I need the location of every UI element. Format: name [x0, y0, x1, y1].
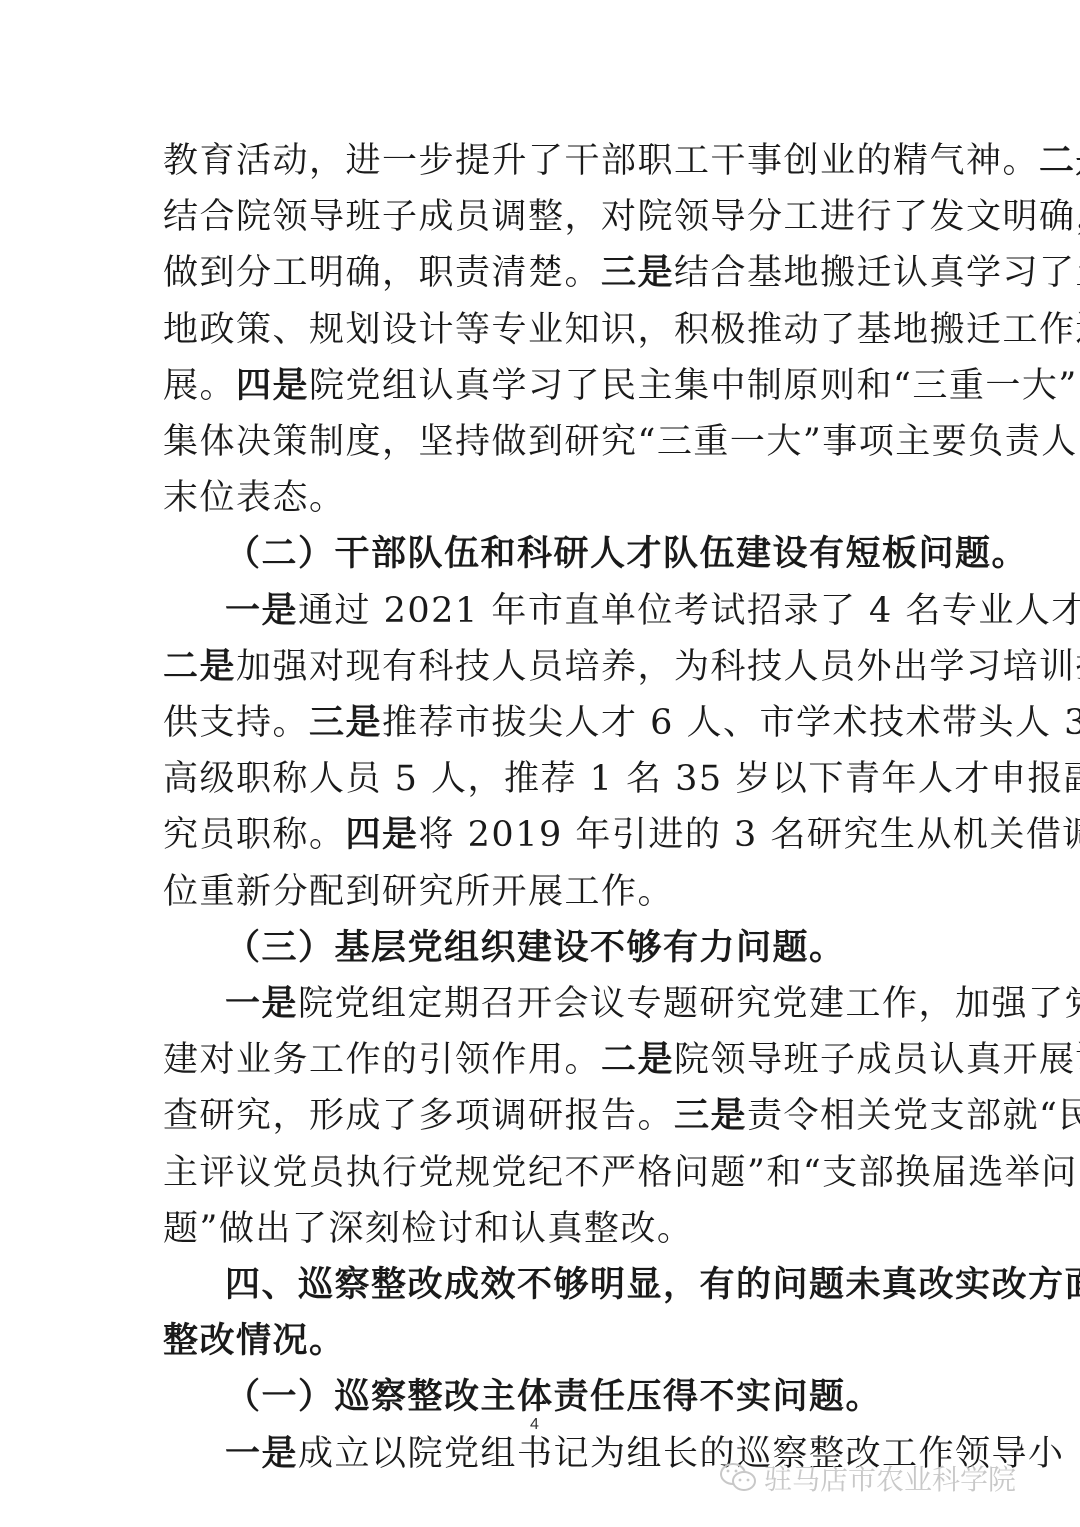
text: 查研究，形成了多项调研报告。: [163, 1096, 674, 1136]
bold-text: 三是: [309, 703, 382, 743]
bold-text: 二是: [1039, 141, 1080, 181]
text: 建对业务工作的引领作用。: [163, 1040, 601, 1080]
page-number: 4: [530, 1416, 539, 1434]
text-line: （三）基层党组织建设不够有力问题。: [225, 920, 915, 976]
text-line: （二）干部队伍和科研人才队伍建设有短板问题。: [225, 526, 915, 582]
text-line: 四、巡察整改成效不够明显，有的问题未真改实改方面: [225, 1257, 915, 1313]
text-line: （一）巡察整改主体责任压得不实问题。: [225, 1369, 915, 1425]
bold-text: 四、巡察整改成效不够明显，有的问题未真改实改方面: [225, 1265, 1080, 1305]
text: 推荐市拔尖人才 6 人、市学术技术带头人 3 人、: [382, 703, 1080, 743]
text-line: 教育活动，进一步提升了干部职工干事创业的精气神。二是: [163, 133, 915, 189]
watermark-text: 驻马店市农业科学院: [764, 1458, 1016, 1498]
text: 题”做出了深刻检讨和认真整改。: [163, 1209, 693, 1249]
text: 高级职称人员 5 人，推荐 1 名 35 岁以下青年人才申报副研: [163, 759, 1080, 799]
text: 加强对现有科技人员培养，为科技人员外出学习培训提: [236, 647, 1080, 687]
text-line: 究员职称。四是将 2019 年引进的 3 名研究生从机关借调岗: [163, 807, 915, 863]
bold-text: 二是: [163, 647, 236, 687]
text: 院党组认真学习了民主集中制原则和“三重一大”: [309, 366, 1078, 406]
text-line: 位重新分配到研究所开展工作。: [163, 864, 915, 920]
bold-text: 一是: [225, 1434, 298, 1474]
text: 供支持。: [163, 703, 309, 743]
text: 地政策、规划设计等专业知识，积极推动了基地搬迁工作进: [163, 310, 1080, 350]
bold-text: 二是: [601, 1040, 674, 1080]
text-line: 供支持。三是推荐市拔尖人才 6 人、市学术技术带头人 3 人、: [163, 695, 915, 751]
text-line: 末位表态。: [163, 470, 915, 526]
bold-text: （一）巡察整改主体责任压得不实问题。: [225, 1377, 882, 1417]
text: 院领导班子成员认真开展调: [674, 1040, 1080, 1080]
text-line: 查研究，形成了多项调研报告。三是责令相关党支部就“民: [163, 1088, 915, 1144]
text-line: 建对业务工作的引领作用。二是院领导班子成员认真开展调: [163, 1032, 915, 1088]
bold-text: 一是: [225, 984, 298, 1024]
text-line: 集体决策制度，坚持做到研究“三重一大”事项主要负责人: [163, 414, 915, 470]
bold-text: 三是: [674, 1096, 747, 1136]
text: 位重新分配到研究所开展工作。: [163, 872, 674, 912]
text-line: 做到分工明确，职责清楚。三是结合基地搬迁认真学习了土: [163, 245, 915, 301]
bold-text: 一是: [225, 591, 298, 631]
text-line: 地政策、规划设计等专业知识，积极推动了基地搬迁工作进: [163, 302, 915, 358]
text: 责令相关党支部就“民: [747, 1096, 1080, 1136]
bold-text: 整改情况。: [163, 1321, 346, 1361]
text: 结合基地搬迁认真学习了土: [674, 253, 1080, 293]
watermark: 驻马店市农业科学院: [718, 1458, 1016, 1498]
bold-text: 四是: [236, 366, 309, 406]
text: 究员职称。: [163, 815, 346, 855]
text: 通过 2021 年市直单位考试招录了 4 名专业人才。: [298, 591, 1080, 631]
text: 做到分工明确，职责清楚。: [163, 253, 601, 293]
text-line: 展。四是院党组认真学习了民主集中制原则和“三重一大”: [163, 358, 915, 414]
bold-text: （二）干部队伍和科研人才队伍建设有短板问题。: [225, 534, 1028, 574]
text-line: 主评议党员执行党规党纪不严格问题”和“支部换届选举问: [163, 1145, 915, 1201]
text-line: 二是加强对现有科技人员培养，为科技人员外出学习培训提: [163, 639, 915, 695]
text: 教育活动，进一步提升了干部职工干事创业的精气神。: [163, 141, 1039, 181]
bold-text: 四是: [346, 815, 419, 855]
text-line: 题”做出了深刻检讨和认真整改。: [163, 1201, 915, 1257]
text-line: 高级职称人员 5 人，推荐 1 名 35 岁以下青年人才申报副研: [163, 751, 915, 807]
text: 末位表态。: [163, 478, 346, 518]
text-line: 一是院党组定期召开会议专题研究党建工作，加强了党: [225, 976, 915, 1032]
text: 结合院领导班子成员调整，对院领导分工进行了发文明确，: [163, 197, 1080, 237]
text: 主评议党员执行党规党纪不严格问题”和“支部换届选举问: [163, 1153, 1078, 1193]
text: 将 2019 年引进的 3 名研究生从机关借调岗: [419, 815, 1080, 855]
document-page: 教育活动，进一步提升了干部职工干事创业的精气神。二是结合院领导班子成员调整，对院…: [0, 0, 1080, 1527]
wechat-icon: [718, 1461, 758, 1495]
text-line: 整改情况。: [163, 1313, 915, 1369]
text: 展。: [163, 366, 236, 406]
text: 院党组定期召开会议专题研究党建工作，加强了党: [298, 984, 1080, 1024]
bold-text: （三）基层党组织建设不够有力问题。: [225, 928, 846, 968]
bold-text: 三是: [601, 253, 674, 293]
text-line: 一是通过 2021 年市直单位考试招录了 4 名专业人才。: [225, 583, 915, 639]
text: 集体决策制度，坚持做到研究“三重一大”事项主要负责人: [163, 422, 1078, 462]
text-line: 结合院领导班子成员调整，对院领导分工进行了发文明确，: [163, 189, 915, 245]
